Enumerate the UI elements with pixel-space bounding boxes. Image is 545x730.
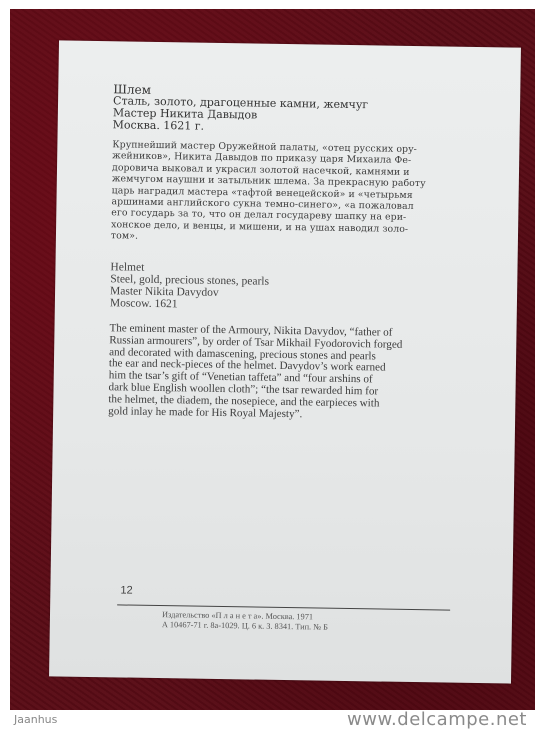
english-description: The eminent master of the Armoury, Nikit…	[108, 323, 479, 423]
seller-watermark: Jaanhus	[14, 713, 57, 726]
english-caption: Helmet Steel, gold, precious stones, pea…	[110, 261, 481, 315]
page-number: 12	[120, 584, 132, 596]
imprint-line-2: А 10467-71 г. 8а-1029. Ц. 6 к. З. 8341. …	[162, 620, 328, 633]
postcard-back: Шлем Сталь, золото, драгоценные камни, ж…	[49, 40, 521, 683]
russian-description: Крупнейший мастер Оружейной палаты, «оте…	[111, 139, 483, 247]
site-watermark[interactable]: www.delcampe.net	[347, 709, 527, 730]
publisher-imprint: Издательство «П л а н е т а». Москва. 19…	[162, 610, 328, 633]
russian-caption: Шлем Сталь, золото, драгоценные камни, ж…	[113, 83, 484, 137]
